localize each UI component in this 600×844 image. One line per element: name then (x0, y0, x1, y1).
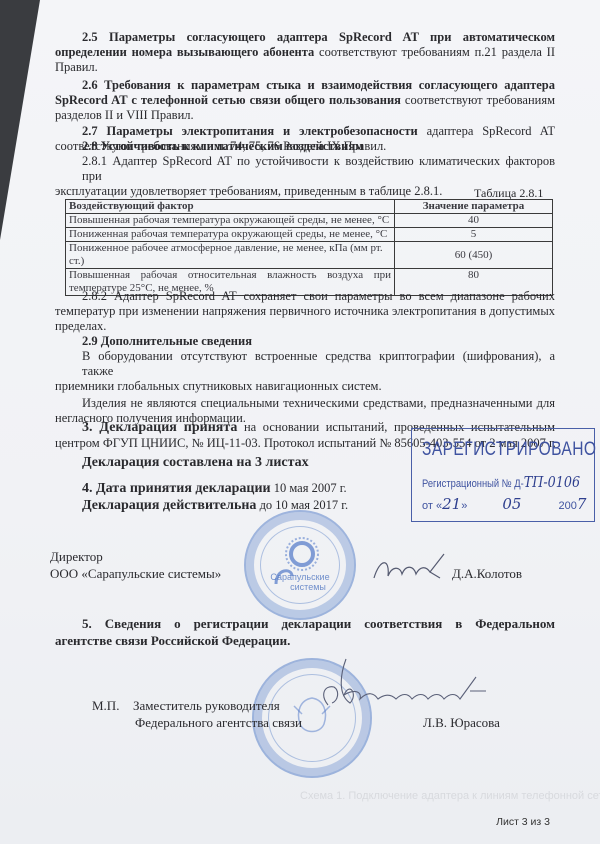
registrar-title-1: Заместитель руководителя (133, 698, 280, 713)
registration-stamp: ЗАРЕГИСТРИРОВАНО Регистрационный № Д-ТП-… (411, 428, 595, 522)
company-seal: Сарапульские системы (244, 510, 356, 620)
bleed-through-text: Схема 1. Подключение адаптера к линиям т… (300, 790, 600, 802)
handwritten-reg-number: ТП-0106 (524, 473, 580, 491)
page-footer: Лист 3 из 3 (496, 816, 550, 828)
climate-params-table: Воздействующий фактор Значение параметра… (65, 199, 553, 296)
mp-label: М.П. (92, 698, 119, 713)
company-name: ООО «Сарапульские системы» (50, 566, 221, 581)
declaration-date: 4. Дата принятия декларации 10 мая 2007 … (82, 480, 347, 497)
section-2-8-2: 2.8.2 Адаптер SpRecord AT сохраняет свои… (55, 289, 555, 334)
section-2-5: 2.5 Параметры согласующего адаптера SpRe… (55, 30, 555, 75)
sun-logo-icon (246, 512, 354, 618)
table-header-row: Воздействующий фактор Значение параметра (66, 200, 553, 214)
scan-shadow-corner (0, 0, 40, 240)
section-2-6: 2.6 Требования к параметрам стыка и взаи… (55, 78, 555, 123)
document-page: Схема 1. Подключение адаптера к линиям т… (0, 0, 600, 844)
registrar-title-2: Федерального агентства связи (135, 715, 302, 730)
section-5: 5. Сведения о регистрации декларации соо… (55, 615, 555, 649)
table-row: Пониженная рабочая температура окружающе… (66, 228, 553, 242)
director-title: Директор (50, 549, 103, 564)
sheets-count: Декларация составлена на 3 листах (82, 454, 309, 471)
registrar-name: Л.В. Юрасова (423, 715, 500, 730)
registrar-signature (310, 655, 510, 715)
heading-2-8: 2.8 Устойчивость к климатическим воздейс… (55, 139, 555, 154)
director-name: Д.А.Колотов (452, 566, 522, 581)
table-row: Пониженное рабочее атмосферное давление,… (66, 242, 553, 269)
director-signature (370, 548, 450, 588)
heading-2-9: 2.9 Дополнительные сведения (55, 334, 555, 349)
table-row: Повышенная рабочая температура окружающе… (66, 214, 553, 228)
section-2-9: 2.9 Дополнительные сведения В оборудован… (55, 334, 555, 426)
